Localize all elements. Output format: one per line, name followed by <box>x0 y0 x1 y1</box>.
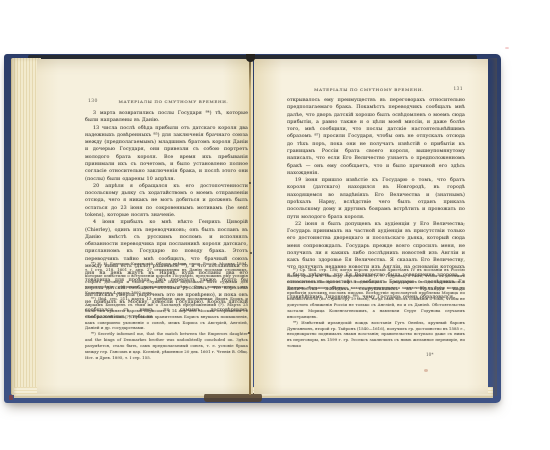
paragraph: открывалось ему преимуществъ въ перегово… <box>287 97 465 177</box>
right-running-head: МАТЕРІАЛЫ ПО СМУТНОМУ ВРЕМЕНИ. 131 <box>287 87 465 94</box>
cover-wear-patch <box>204 393 262 402</box>
gutter-speck <box>249 182 251 184</box>
background-stain <box>505 47 509 49</box>
book-photo: 130 МАТЕРІАЛЫ ПО СМУТНОМУ ВРЕМЕНИ. 3 мар… <box>0 0 550 450</box>
left-page: 130 МАТЕРІАЛЫ ПО СМУТНОМУ ВРЕМЕНИ. 3 мар… <box>37 59 253 394</box>
gutter-top-shadow <box>246 54 255 62</box>
footnote: ⁸⁵) Ibid. стр. 211; марта 13 прибыли сюд… <box>85 296 248 331</box>
signature-mark: 10* <box>426 352 433 357</box>
left-running-head: 130 МАТЕРІАЛЫ ПО СМУТНОМУ ВРЕМЕНИ. <box>85 99 248 106</box>
open-book: 130 МАТЕРІАЛЫ ПО СМУТНОМУ ВРЕМЕНИ. 3 мар… <box>4 54 501 403</box>
right-footnotes: ⁸⁷) Ср. Ibid. стр. 156; когда король дат… <box>287 267 465 349</box>
footnote: ⁸⁴) Н. Н. Бантышъ-Каменскій, Обзоръ внѣш… <box>85 261 248 296</box>
paragraph: 20 апрѣля я обращался къ его достопочтен… <box>85 183 248 219</box>
footnote: ⁸⁶) Secretly informed me, that the match… <box>85 331 248 360</box>
gutter <box>249 57 251 395</box>
right-page-number: 131 <box>453 87 463 92</box>
gutter-speck <box>250 252 252 254</box>
cover-corner-mark <box>9 395 13 400</box>
left-footnotes: ⁸⁴) Н. Н. Бантышъ-Каменскій, Обзоръ внѣш… <box>85 261 248 361</box>
gutter-speck <box>248 332 250 334</box>
left-page-number: 130 <box>88 99 98 104</box>
right-running-header-text: МАТЕРІАЛЫ ПО СМУТНОМУ ВРЕМЕНИ. <box>287 87 465 92</box>
right-page: МАТЕРІАЛЫ ПО СМУТНОМУ ВРЕМЕНИ. 131 откры… <box>254 59 488 394</box>
paragraph: 19 іюня пришло извѣстіе къ Государю о то… <box>287 177 465 221</box>
footnote: ⁸⁸) Извѣстный ирландскій вождь возстанія… <box>287 320 465 349</box>
footnote: ⁸⁷) Ср. Ibid. стр. 156; когда король дат… <box>287 267 465 320</box>
paragraph: 13 числа послѣ обѣда прибыли отъ датскаг… <box>85 125 248 183</box>
paragraph: 3 марта возвратились послы Государя ⁸⁴) … <box>85 110 248 125</box>
left-running-header-text: МАТЕРІАЛЫ ПО СМУТНОМУ ВРЕМЕНИ. <box>85 99 248 104</box>
page-stain <box>424 369 428 372</box>
